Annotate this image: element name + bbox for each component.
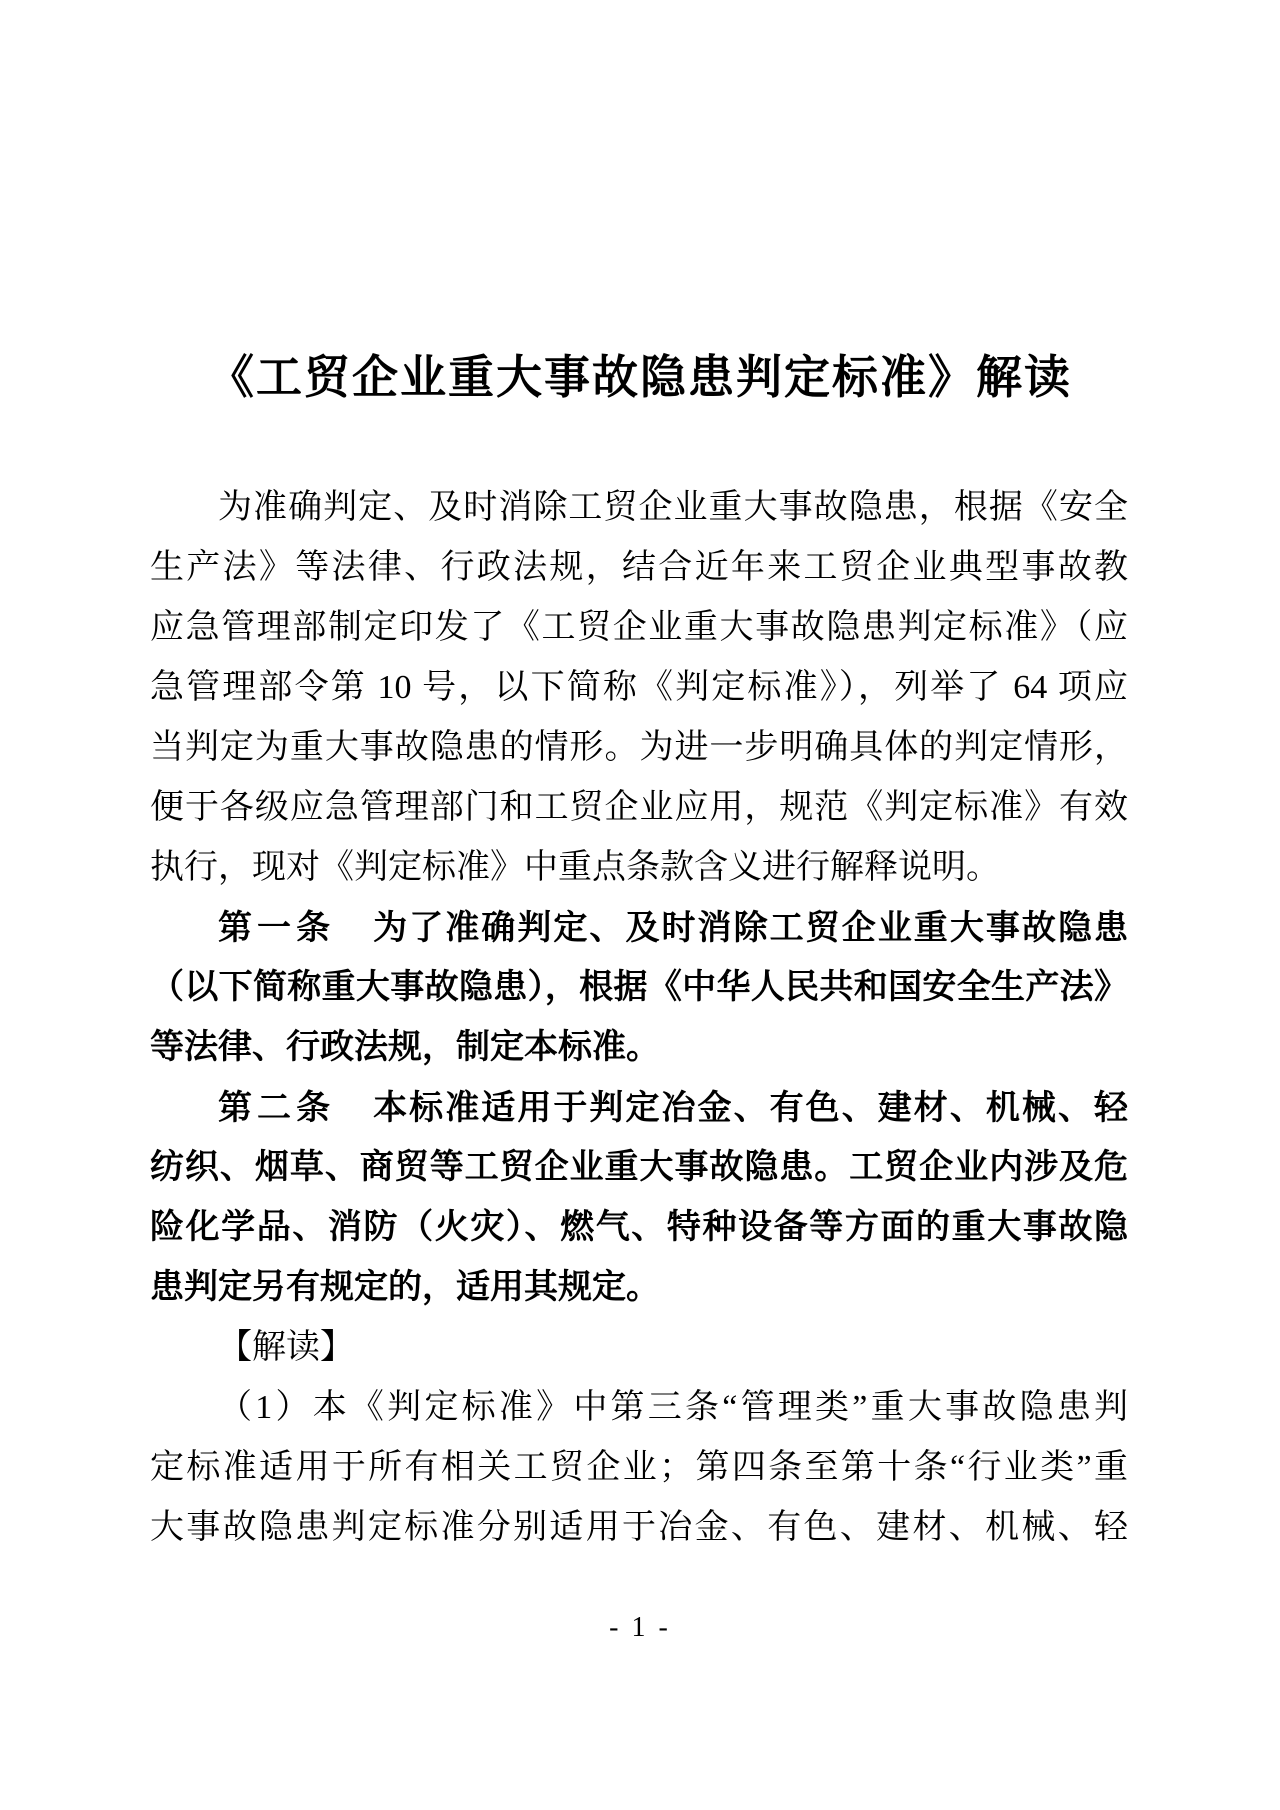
body-line-11: 第二条本标准适用于判定冶金、有色、建材、机械、轻工、 <box>150 1078 1128 1138</box>
body-line-15: 【解读】 <box>150 1318 1128 1378</box>
body-line-18: 大事故隐患判定标准分别适用于冶金、有色、建材、机械、轻工、 <box>150 1498 1128 1558</box>
body-line-17: 定标准适用于所有相关工贸企业；第四条至第十条“行业类”重 <box>150 1438 1128 1498</box>
body-line-2: 生产法》等法律、行政法规，结合近年来工贸企业典型事故教训， <box>150 538 1128 598</box>
article-number-label: 第一条 <box>218 909 335 947</box>
body-line-6: 便于各级应急管理部门和工贸企业应用，规范《判定标准》有效 <box>150 778 1128 838</box>
body-line-12: 纺织、烟草、商贸等工贸企业重大事故隐患。工贸企业内涉及危 <box>150 1138 1128 1198</box>
body-line-7: 执行，现对《判定标准》中重点条款含义进行解释说明。 <box>150 838 1128 898</box>
body-line-9: （以下简称重大事故隐患），根据《中华人民共和国安全生产法》 <box>150 958 1128 1018</box>
body-line-14: 患判定另有规定的，适用其规定。 <box>150 1258 1128 1318</box>
body-line-10: 等法律、行政法规，制定本标准。 <box>150 1018 1128 1078</box>
body-line-13: 险化学品、消防（火灾）、燃气、特种设备等方面的重大事故隐 <box>150 1198 1128 1258</box>
document-title: 《工贸企业重大事故隐患判定标准》解读 <box>0 348 1280 408</box>
body-line-5: 当判定为重大事故隐患的情形。为进一步明确具体的判定情形， <box>150 718 1128 778</box>
body-line-8: 第一条为了准确判定、及时消除工贸企业重大事故隐患 <box>150 898 1128 958</box>
body-line-text: 为了准确判定、及时消除工贸企业重大事故隐患 <box>373 910 1128 947</box>
body-line-16: （1）本《判定标准》中第三条“管理类”重大事故隐患判 <box>150 1378 1128 1438</box>
document-body: 为准确判定、及时消除工贸企业重大事故隐患，根据《安全生产法》等法律、行政法规，结… <box>150 478 1128 1558</box>
page-number: - 1 - <box>0 1608 1280 1648</box>
body-line-3: 应急管理部制定印发了《工贸企业重大事故隐患判定标准》（应 <box>150 598 1128 658</box>
article-number-label: 第二条 <box>218 1089 335 1127</box>
body-line-4: 急管理部令第 10 号，以下简称《判定标准》），列举了 64 项应 <box>150 658 1128 718</box>
document-page: 《工贸企业重大事故隐患判定标准》解读 为准确判定、及时消除工贸企业重大事故隐患，… <box>0 0 1280 1810</box>
body-line-1: 为准确判定、及时消除工贸企业重大事故隐患，根据《安全 <box>150 478 1128 538</box>
